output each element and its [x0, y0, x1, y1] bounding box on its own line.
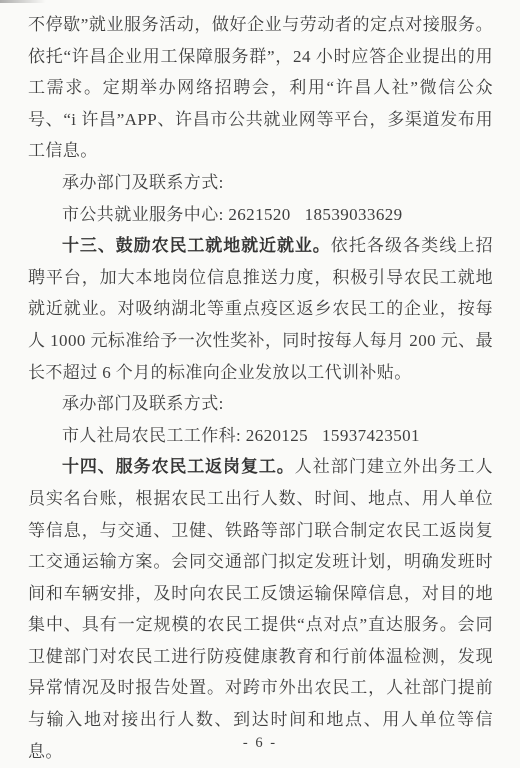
paragraph-section-13: 十三、鼓励农民工就地就近就业。依托各级各类线上招聘平台，加大本地岗位信息推送力度…: [28, 230, 493, 388]
section-13-body: 依托各级各类线上招聘平台，加大本地岗位信息推送力度，积极引导农民工就地就近就业。…: [28, 236, 493, 381]
section-13-heading: 十三、鼓励农民工就地就近就业。: [62, 236, 331, 255]
contact-line-employment-center: 市公共就业服务中心: 2621520 18539033629: [28, 199, 493, 231]
scan-artifact: [0, 0, 46, 3]
contact-line-migrant-office: 市人社局农民工工作科: 2620125 15937423501: [28, 420, 493, 452]
contact-label-migrant-office: 承办部门及联系方式:: [28, 388, 493, 420]
section-14-body: 人社部门建立外出务工人员实名台账，根据农民工出行人数、时间、地点、用人单位等信息…: [28, 457, 493, 760]
document-page: 不停歇”就业服务活动，做好企业与劳动者的定点对接服务。依托“许昌企业用工保障服务…: [0, 0, 520, 768]
paragraph-continuation: 不停歇”就业服务活动，做好企业与劳动者的定点对接服务。依托“许昌企业用工保障服务…: [28, 9, 493, 167]
contact-label-employment-center: 承办部门及联系方式:: [28, 167, 493, 199]
document-content: 不停歇”就业服务活动，做好企业与劳动者的定点对接服务。依托“许昌企业用工保障服务…: [28, 9, 493, 767]
page-number: - 6 -: [0, 735, 520, 752]
paragraph-section-14: 十四、服务农民工返岗复工。人社部门建立外出务工人员实名台账，根据农民工出行人数、…: [28, 451, 493, 767]
section-14-heading: 十四、服务农民工返岗复工。: [62, 457, 295, 476]
